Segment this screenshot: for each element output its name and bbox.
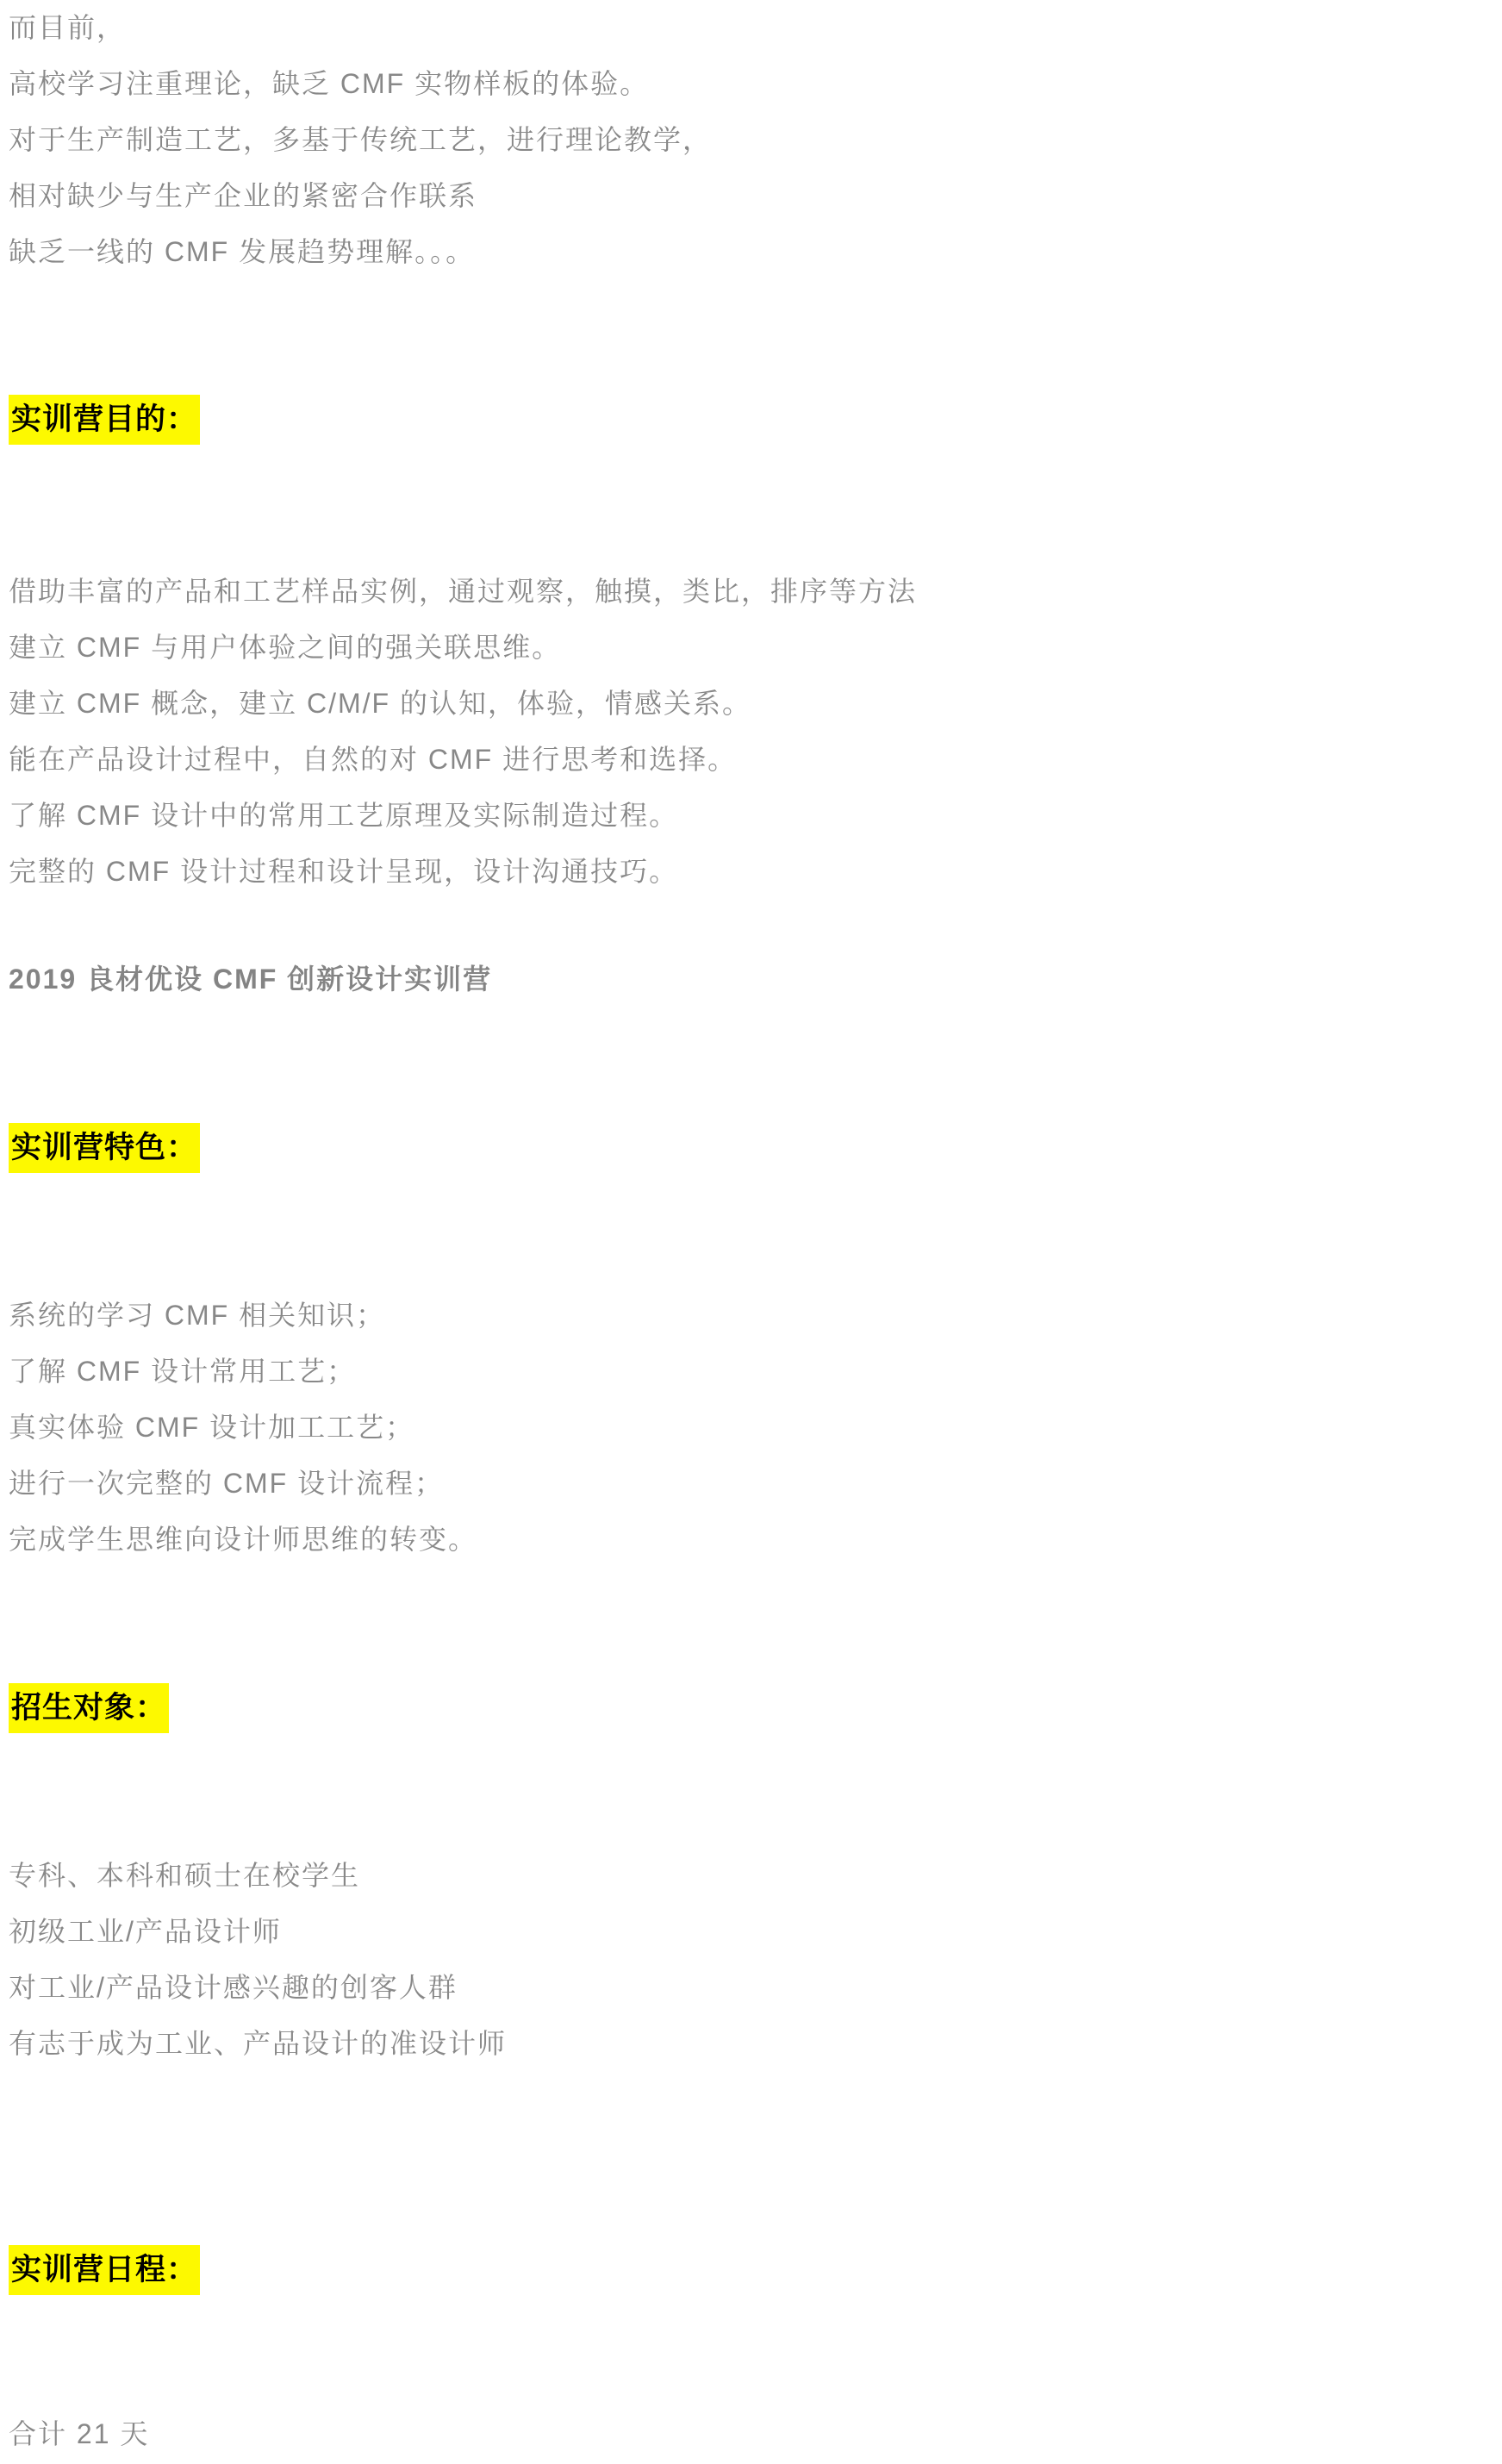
text-line: 进行一次完整的 CMF 设计流程； (9, 1456, 1502, 1512)
text-line: 相对缺少与生产企业的紧密合作联系 (9, 168, 1502, 224)
text-line: 建立 CMF 概念，建立 C/M/F 的认知，体验，情感关系。 (9, 676, 1502, 732)
text-line: 真实体验 CMF 设计加工工艺； (9, 1400, 1502, 1456)
heading-highlight: 实训营特色： (9, 1123, 200, 1173)
section-heading-features: 实训营特色： (9, 1123, 1502, 1173)
text-line: 专科、本科和硕士在校学生 (9, 1848, 1502, 1904)
features-paragraph: 系统的学习 CMF 相关知识； 了解 CMF 设计常用工艺； 真实体验 CMF … (9, 1288, 1502, 1568)
text-line: 完成学生思维向设计师思维的转变。 (9, 1512, 1502, 1568)
text-line: 缺乏一线的 CMF 发展趋势理解。。。 (9, 224, 1502, 280)
text-line: 对工业/产品设计感兴趣的创客人群 (9, 1960, 1502, 2016)
section-heading-goals: 实训营目的： (9, 395, 1502, 445)
intro-paragraph: 而目前， 高校学习注重理论，缺乏 CMF 实物样板的体验。 对于生产制造工艺，多… (9, 0, 1502, 280)
heading-highlight: 实训营日程： (9, 2245, 200, 2295)
camp-title: 2019 良材优设 CMF 创新设计实训营 (9, 951, 1502, 1007)
heading-highlight: 招生对象： (9, 1683, 169, 1733)
text-line: 完整的 CMF 设计过程和设计呈现，设计沟通技巧。 (9, 844, 1502, 900)
text-line: 初级工业/产品设计师 (9, 1904, 1502, 1960)
article-body: 而目前， 高校学习注重理论，缺乏 CMF 实物样板的体验。 对于生产制造工艺，多… (0, 0, 1502, 2462)
text-line: 了解 CMF 设计常用工艺； (9, 1344, 1502, 1400)
text-line: 对于生产制造工艺，多基于传统工艺，进行理论教学， (9, 112, 1502, 168)
text-line: 能在产品设计过程中，自然的对 CMF 进行思考和选择。 (9, 732, 1502, 788)
section-heading-schedule: 实训营日程： (9, 2245, 1502, 2295)
text-line: 高校学习注重理论，缺乏 CMF 实物样板的体验。 (9, 56, 1502, 112)
text-line: 了解 CMF 设计中的常用工艺原理及实际制造过程。 (9, 788, 1502, 844)
text-line: 有志于成为工业、产品设计的准设计师 (9, 2016, 1502, 2072)
goals-paragraph: 借助丰富的产品和工艺样品实例，通过观察，触摸，类比，排序等方法 建立 CMF 与… (9, 564, 1502, 900)
heading-highlight: 实训营目的： (9, 395, 200, 445)
text-line: 系统的学习 CMF 相关知识； (9, 1288, 1502, 1344)
text-line: 借助丰富的产品和工艺样品实例，通过观察，触摸，类比，排序等方法 (9, 564, 1502, 620)
schedule-paragraph: 合计 21 天 (9, 2406, 1502, 2462)
text-line: 而目前， (9, 0, 1502, 56)
schedule-total-line: 合计 21 天 (9, 2406, 1502, 2462)
audience-paragraph: 专科、本科和硕士在校学生 初级工业/产品设计师 对工业/产品设计感兴趣的创客人群… (9, 1848, 1502, 2072)
text-line: 建立 CMF 与用户体验之间的强关联思维。 (9, 620, 1502, 676)
section-heading-audience: 招生对象： (9, 1683, 1502, 1733)
